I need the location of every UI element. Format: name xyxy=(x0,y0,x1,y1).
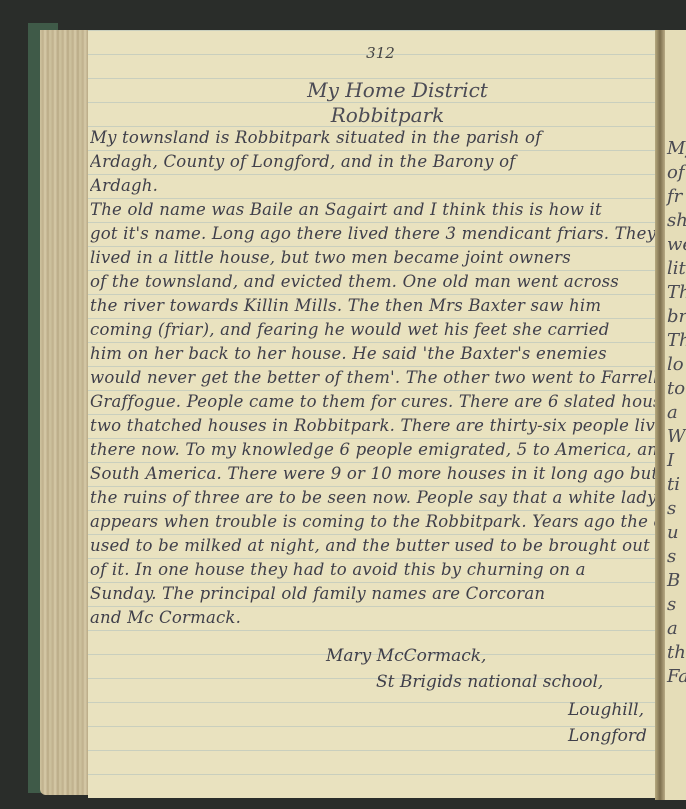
page-number: 312 xyxy=(88,44,663,62)
page-title: My Home District xyxy=(110,78,685,102)
next-page-fragment: we xyxy=(667,234,686,255)
next-page-fragment: Th xyxy=(667,282,686,303)
next-page-fragment: s xyxy=(667,498,676,519)
text-line: Ardagh. xyxy=(90,174,660,198)
text-line: Sunday. The principal old family names a… xyxy=(90,582,660,606)
text-line: South America. There were 9 or 10 more h… xyxy=(90,462,660,486)
text-line: The old name was Baile an Sagairt and I … xyxy=(90,198,660,222)
next-page-fragment: s xyxy=(667,594,676,615)
text-line: there now. To my knowledge 6 people emig… xyxy=(90,438,660,462)
next-page-edge: My of fr sh we lit Th br Th lo to a W I … xyxy=(665,30,686,800)
text-line: lived in a little house, but two men bec… xyxy=(90,246,660,270)
next-page-fragment: My xyxy=(667,138,686,159)
text-line: of the townsland, and evicted them. One … xyxy=(90,270,660,294)
next-page-fragment: B xyxy=(667,570,680,591)
text-line: of it. In one house they had to avoid th… xyxy=(90,558,660,582)
next-page-fragment: to xyxy=(667,378,685,399)
text-line: Ardagh, County of Longford, and in the B… xyxy=(90,150,660,174)
text-line: and Mc Cormack. xyxy=(90,606,660,630)
text-line: would never get the better of them'. The… xyxy=(90,366,660,390)
next-page-fragment: sh xyxy=(667,210,686,231)
next-page-fragment: th xyxy=(667,642,686,663)
text-line: the ruins of three are to be seen now. P… xyxy=(90,486,660,510)
signature-town: Loughill, xyxy=(568,700,644,720)
text-line: used to be milked at night, and the butt… xyxy=(90,534,660,558)
page-stack-edges xyxy=(40,30,92,795)
book-gutter xyxy=(655,30,665,800)
text-line: got it's name. Long ago there lived ther… xyxy=(90,222,660,246)
handwritten-body: My townsland is Robbitpark situated in t… xyxy=(90,126,660,630)
next-page-fragment: I xyxy=(667,450,674,471)
text-line: My townsland is Robbitpark situated in t… xyxy=(90,126,660,150)
next-page-fragment: br xyxy=(667,306,686,327)
next-page-fragment: W xyxy=(667,426,686,447)
text-line: two thatched houses in Robbitpark. There… xyxy=(90,414,660,438)
text-line: appears when trouble is coming to the Ro… xyxy=(90,510,660,534)
text-line: coming (friar), and fearing he would wet… xyxy=(90,318,660,342)
next-page-fragment: a xyxy=(667,402,678,423)
signature-school: St Brigids national school, xyxy=(376,672,603,692)
notebook-page: 312 My Home District Robbitpark My towns… xyxy=(88,30,663,798)
next-page-fragment: ti xyxy=(667,474,680,495)
text-line: the river towards Killin Mills. The then… xyxy=(90,294,660,318)
page-subtitle: Robbitpark xyxy=(100,103,675,127)
signature-county: Longford xyxy=(568,726,647,746)
next-page-fragment: s xyxy=(667,546,676,567)
next-page-fragment: lo xyxy=(667,354,684,375)
next-page-fragment: u xyxy=(667,522,679,543)
next-page-fragment: a xyxy=(667,618,678,639)
next-page-fragment: Fa xyxy=(667,666,686,687)
next-page-fragment: Th xyxy=(667,330,686,351)
signature-name: Mary McCormack, xyxy=(326,646,486,666)
text-line: him on her back to her house. He said 't… xyxy=(90,342,660,366)
next-page-fragment: of xyxy=(667,162,685,183)
next-page-fragment: fr xyxy=(667,186,682,207)
next-page-fragment: lit xyxy=(667,258,686,279)
text-line: Graffogue. People came to them for cures… xyxy=(90,390,660,414)
